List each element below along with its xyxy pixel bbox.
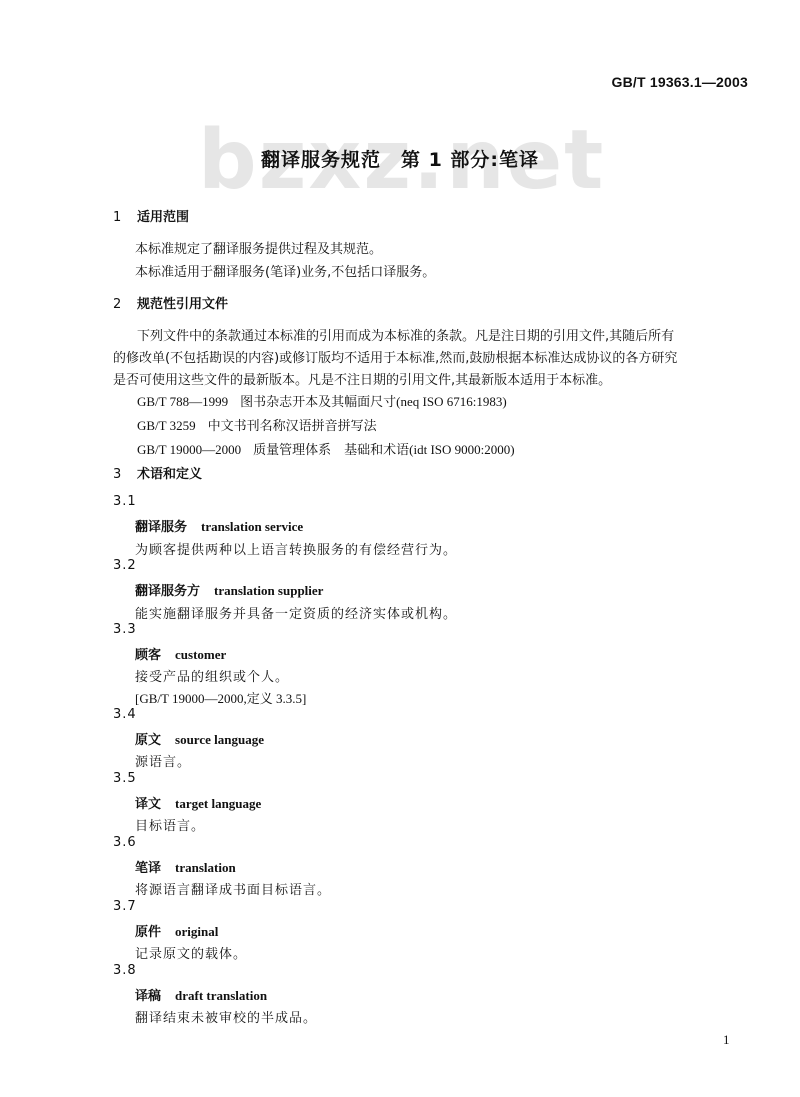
term-entry: 原文source language xyxy=(135,729,264,748)
reference-code: GB/T 3259 xyxy=(137,418,196,433)
term-en: original xyxy=(175,924,218,939)
paragraph: 本标准规定了翻译服务提供过程及其规范。 xyxy=(135,238,382,257)
term-en: source language xyxy=(175,732,264,747)
paragraph-line: 下列文件中的条款通过本标准的引用而成为本标准的条款。凡是注日期的引用文件,其随后… xyxy=(137,325,674,344)
term-en: translation xyxy=(175,860,236,875)
term-zh: 原件 xyxy=(135,925,161,940)
term-zh: 翻译服务 xyxy=(135,520,187,535)
term-entry: 翻译服务translation service xyxy=(135,516,303,535)
reference-title: 质量管理体系 基础和术语 xyxy=(253,443,409,458)
reference-code: GB/T 19000—2000 xyxy=(137,442,241,457)
reference-note: (neq ISO 6716:1983) xyxy=(396,394,507,409)
term-entry: 译稿draft translation xyxy=(135,985,267,1004)
section-number: 2 xyxy=(113,297,137,312)
clause-number: 3.2 xyxy=(113,558,137,573)
reference-item: GB/T 3259中文书刊名称汉语拼音拼写法 xyxy=(137,415,377,434)
term-entry: 笔译translation xyxy=(135,857,236,876)
term-zh: 原文 xyxy=(135,733,161,748)
standard-number: GB/T 19363.1—2003 xyxy=(612,74,748,90)
section-heading-2: 2规范性引用文件 xyxy=(113,293,228,312)
paragraph: 本标准适用于翻译服务(笔译)业务,不包括口译服务。 xyxy=(135,261,435,280)
reference-title: 图书杂志开本及其幅面尺寸 xyxy=(240,395,396,410)
term-entry: 顾客customer xyxy=(135,644,226,663)
term-en: target language xyxy=(175,796,261,811)
term-definition: 将源语言翻译成书面目标语言。 xyxy=(135,879,331,898)
term-en: translation supplier xyxy=(214,583,323,598)
reference-title: 中文书刊名称汉语拼音拼写法 xyxy=(208,419,377,434)
term-definition: 记录原文的载体。 xyxy=(135,943,247,962)
term-zh: 顾客 xyxy=(135,648,161,663)
term-definition: 目标语言。 xyxy=(135,815,205,834)
document-title: 翻译服务规范 第 1 部分:笔译 xyxy=(0,145,800,172)
page-number: 1 xyxy=(723,1032,730,1048)
clause-number: 3.1 xyxy=(113,494,137,509)
document-page: GB/T 19363.1—2003 bzxz.net 翻译服务规范 第 1 部分… xyxy=(0,0,800,1097)
term-definition: 接受产品的组织或个人。 xyxy=(135,666,289,685)
reference-item: GB/T 19000—2000质量管理体系 基础和术语(idt ISO 9000… xyxy=(137,439,515,458)
term-definition: 源语言。 xyxy=(135,751,191,770)
clause-number: 3.7 xyxy=(113,899,137,914)
term-entry: 译文target language xyxy=(135,793,261,812)
clause-number: 3.4 xyxy=(113,707,137,722)
section-title: 术语和定义 xyxy=(137,467,202,482)
term-en: draft translation xyxy=(175,988,267,1003)
paragraph-line: 的修改单(不包括勘误的内容)或修订版均不适用于本标准,然而,鼓励根据本标准达成协… xyxy=(113,347,677,366)
section-title: 适用范围 xyxy=(137,210,189,225)
section-title: 规范性引用文件 xyxy=(137,297,228,312)
section-number: 1 xyxy=(113,210,137,225)
term-zh: 译文 xyxy=(135,797,161,812)
term-en: customer xyxy=(175,647,226,662)
reference-note: (idt ISO 9000:2000) xyxy=(409,442,514,457)
term-zh: 翻译服务方 xyxy=(135,584,200,599)
term-en: translation service xyxy=(201,519,303,534)
clause-number: 3.3 xyxy=(113,622,137,637)
term-definition: 翻译结束未被审校的半成品。 xyxy=(135,1007,317,1026)
clause-number: 3.8 xyxy=(113,963,137,978)
clause-number: 3.6 xyxy=(113,835,137,850)
paragraph-line: 是否可使用这些文件的最新版本。凡是不注日期的引用文件,其最新版本适用于本标准。 xyxy=(113,369,611,388)
term-zh: 译稿 xyxy=(135,989,161,1004)
section-heading-3: 3术语和定义 xyxy=(113,463,202,482)
reference-code: GB/T 788—1999 xyxy=(137,394,228,409)
term-entry: 翻译服务方translation supplier xyxy=(135,580,323,599)
section-heading-1: 1适用范围 xyxy=(113,206,189,225)
term-definition: 为顾客提供两种以上语言转换服务的有偿经营行为。 xyxy=(135,539,457,558)
clause-number: 3.5 xyxy=(113,771,137,786)
section-number: 3 xyxy=(113,467,137,482)
term-source-reference: [GB/T 19000—2000,定义 3.3.5] xyxy=(135,688,306,707)
term-definition: 能实施翻译服务并具备一定资质的经济实体或机构。 xyxy=(135,603,457,622)
reference-item: GB/T 788—1999图书杂志开本及其幅面尺寸(neq ISO 6716:1… xyxy=(137,391,507,410)
term-entry: 原件original xyxy=(135,921,218,940)
term-zh: 笔译 xyxy=(135,861,161,876)
